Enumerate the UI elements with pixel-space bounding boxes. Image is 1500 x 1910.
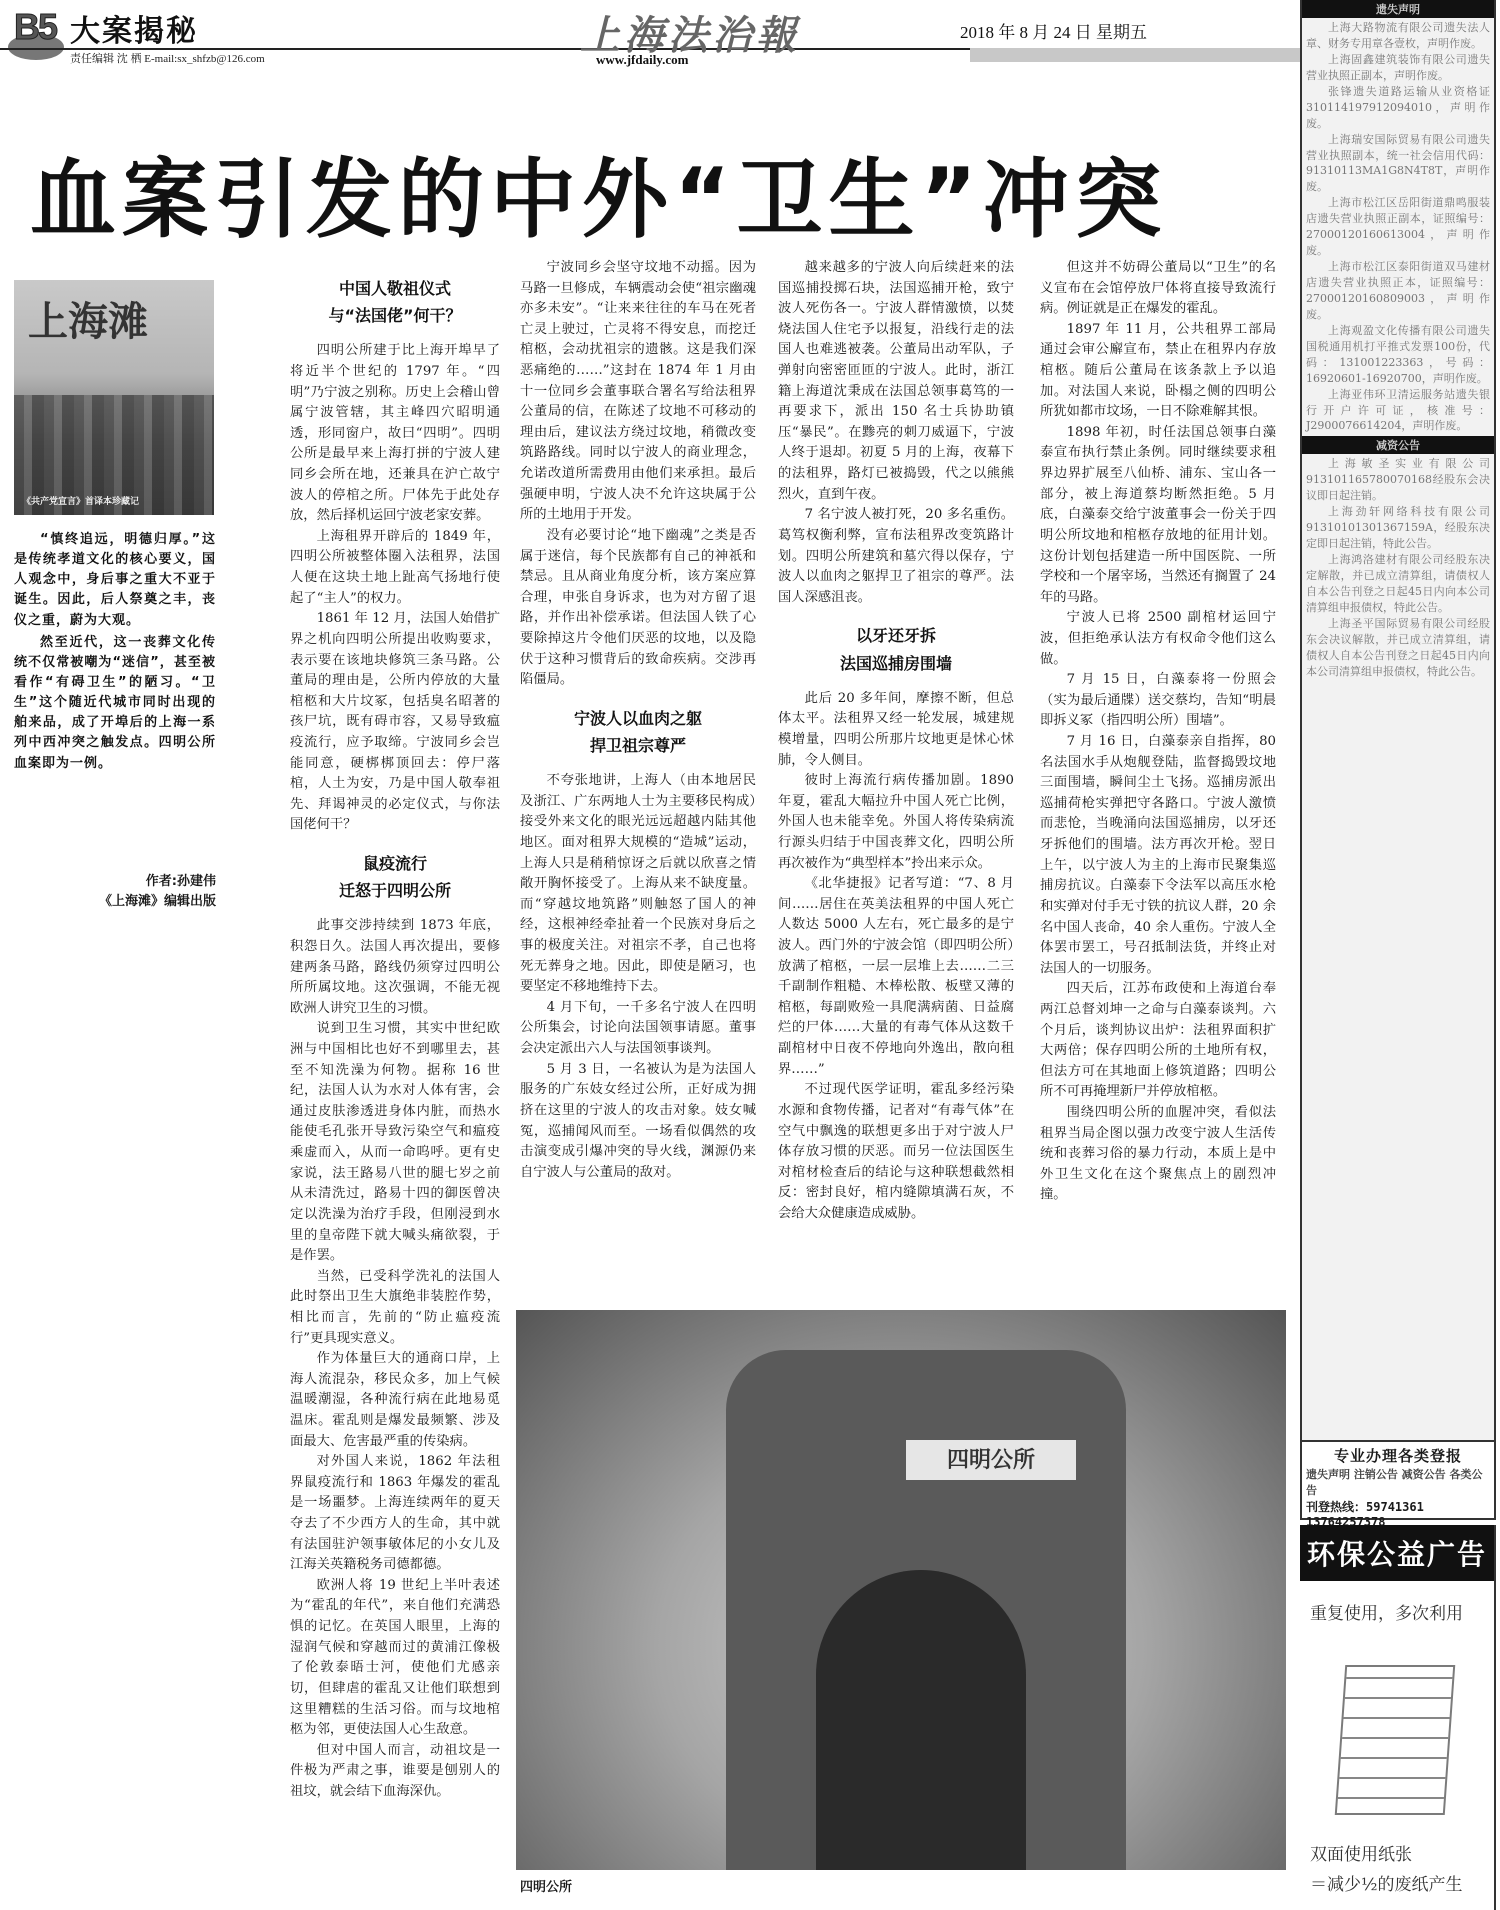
author: 作者:孙建伟: [14, 872, 216, 892]
newspaper-url[interactable]: www.jfdaily.com: [596, 52, 688, 68]
classified-item: 上海瑞安国际贸易有限公司遗失营业执照副本，统一社会信用代码：91310113MA…: [1306, 132, 1490, 196]
article-column-2: 宁波同乡会坚守坟地不动摇。因为马路一旦修成，车辆震动会使“祖宗幽魂亦多未安”。“…: [520, 258, 756, 1183]
magazine-title: 上海滩: [28, 290, 148, 347]
gate-doorway: [816, 1570, 1026, 1870]
paragraph: 4 月下旬，一千多名宁波人在四明公所集会，讨论向法国领事请愿。董事会决定派出六人…: [520, 998, 756, 1060]
paragraph: 围绕四明公所的血腥冲突，看似法租界当局企图以强力改变宁波人生活传统和丧葬习俗的暴…: [1040, 1103, 1276, 1206]
paragraph: 宁波同乡会坚守坟地不动摇。因为马路一旦修成，车辆震动会使“祖宗幽魂亦多未安”。“…: [520, 258, 756, 526]
paragraph: 四天后，江苏布政使和上海道台奉两江总督刘坤一之命与白藻泰谈判。六个月后，谈判协议…: [1040, 979, 1276, 1103]
eco-ad-header: 环保公益广告: [1300, 1525, 1494, 1581]
paragraph: 不夸张地讲，上海人（由本地居民及浙江、广东两地人士为主要移民构成）接受外来文化的…: [520, 771, 756, 998]
paragraph: 5 月 3 日，一名被认为是为法国人服务的广东妓女经过公所，正好成为拥挤在这里的…: [520, 1060, 756, 1184]
paragraph: 没有必要讨论“地下幽魂”之类是否属于迷信，每个民族都有自己的神祇和禁忌。且从商业…: [520, 526, 756, 691]
publisher: 《上海滩》编辑出版: [14, 892, 216, 912]
paragraph: 四明公所建于比上海开埠早了将近半个世纪的 1797 年。“四明”乃宁波之别称。历…: [290, 341, 500, 526]
paragraph: 上海租界开辟后的 1849 年，四明公所被整体圈入法租界，法国人便在这块土地上趾…: [290, 527, 500, 609]
paragraph: 此后 20 多年间，摩擦不断，但总体太平。法租界又经一轮发展，城建规模增量，四明…: [778, 689, 1014, 771]
intro-paragraph: 然至近代，这一丧葬文化传统不仅常被嘲为“迷信”，甚至被看作“有碍卫生”的陋习。“…: [14, 633, 216, 774]
magazine-cover-image: 上海滩 《共产党宣言》首译本珍藏记: [14, 280, 214, 515]
classifieds-list: 上海敏圣实业有限公司913101165780070168经股东会决议即日起注销。…: [1302, 454, 1494, 681]
paragraph: 彼时上海流行病传播加剧。1890 年夏，霍乱大幅拉升中国人死亡比例，外国人也未能…: [778, 771, 1014, 874]
intro-paragraph: “慎终追远，明德归厚。”这是传统孝道文化的核心要义，国人观念中，身后事之重大不亚…: [14, 530, 216, 631]
paragraph: 此事交涉持续到 1873 年底，积怨日久。法国人再次提出，要修建两条马路，路线仍…: [290, 916, 500, 1019]
eco-ad-line: 双面使用纸张: [1300, 1840, 1422, 1865]
classified-item: 上海鸿洛建材有限公司经股东决定解散，并已成立清算组，请债权人自本公告刊登之日起4…: [1306, 552, 1490, 616]
paragraph: 对外国人来说，1862 年法租界鼠疫流行和 1863 年爆发的霍乱是一场噩梦。上…: [290, 1452, 500, 1576]
paragraph: 7 月 15 日，白藻泰将一份照会（实为最后通牒）送交蔡均，告知“明晨即拆义冢（…: [1040, 670, 1276, 732]
paragraph: 7 名宁波人被打死，20 多名重伤。葛笃权衡利弊，宣布法租界改变筑路计划。四明公…: [778, 505, 1014, 608]
classifieds-column: 遗失声明 上海大路物流有限公司遗失法人章、财务专用章各壹枚，声明作废。 上海固鑫…: [1300, 0, 1496, 1440]
paragraph: 1898 年初，时任法国总领事白藻泰宣布执行禁止条例。同时继续要求租界边界扩展至…: [1040, 423, 1276, 608]
paragraph: 《北华捷报》记者写道：“7、8 月间……居住在英美法租界的中国人死亡人数达 50…: [778, 874, 1014, 1080]
cover-caption: 《共产党宣言》首译本珍藏记: [22, 494, 139, 507]
classified-item: 上海观盈文化传播有限公司遗失国税通用机打平推式发票100份，代码：1310012…: [1306, 323, 1490, 387]
ad-service-promo: 专业办理各类登报 遗失声明 注销公告 减资公告 各类公告 刊登热线：597413…: [1300, 1440, 1496, 1520]
byline: 作者:孙建伟 《上海滩》编辑出版: [14, 872, 216, 911]
classified-item: 上海劲轩网络科技有限公司91310101301367159A，经股东决定即日起注…: [1306, 504, 1490, 552]
article-column-4: 但这并不妨碍公董局以“卫生”的名义宣布在会馆停放尸体将直接导致流行病。例证就是正…: [1040, 258, 1276, 1206]
classified-item: 上海亚伟环卫清运服务站遗失银行开户许可证，核准号：J2900076614204，…: [1306, 387, 1490, 435]
classified-item: 上海圣平国际贸易有限公司经股东会决议解散，并已成立清算组，请债权人自本公告刊登之…: [1306, 616, 1490, 680]
paragraph: 7 月 16 日，白藻泰亲自指挥，80 名法国水手从炮舰登陆，监督捣毁坟地三面围…: [1040, 732, 1276, 979]
paragraph: 但对中国人而言，动祖坟是一件极为严肃之事，谁要是刨别人的祖坟，就会结下血海深仇。: [290, 1741, 500, 1803]
gate-plaque: 四明公所: [906, 1440, 1076, 1480]
classified-item: 张锋遗失道路运输从业资格证310114197912094010，声明作废。: [1306, 84, 1490, 132]
paragraph: 越来越多的宁波人向后续赶来的法国巡捕投掷石块，法国巡捕开枪，致宁波人死伤各一。宁…: [778, 258, 1014, 505]
hotline-number[interactable]: 59741361: [1366, 1500, 1424, 1514]
paragraph: 说到卫生习惯，其实中世纪欧洲与中国相比也好不到哪里去，甚至不知洗澡为何物。据称 …: [290, 1019, 500, 1266]
paragraph: 但这并不妨碍公董局以“卫生”的名义宣布在会馆停放尸体将直接导致流行病。例证就是正…: [1040, 258, 1276, 320]
classifieds-list: 上海大路物流有限公司遗失法人章、财务专用章各壹枚，声明作废。 上海固鑫建筑装饰有…: [1302, 18, 1494, 436]
article-column-3: 越来越多的宁波人向后续赶来的法国巡捕投掷石块，法国巡捕开枪，致宁波人死伤各一。宁…: [778, 258, 1014, 1225]
promo-title: 专业办理各类登报: [1306, 1445, 1490, 1466]
paragraph: 当然，已受科学洗礼的法国人此时祭出卫生大旗绝非装腔作势，相比而言，先前的“防止瘟…: [290, 1267, 500, 1349]
paragraph: 宁波人已将 2500 副棺材运回宁波，但拒绝承认法方有权命令他们这么做。: [1040, 608, 1276, 670]
promo-services: 遗失声明 注销公告 减资公告 各类公告: [1306, 1466, 1490, 1498]
paragraph: 不过现代医学证明，霍乱多经污染水源和食物传播，记者对“有毒气体”在空气中飘逸的联…: [778, 1080, 1014, 1224]
paragraph: 欧洲人将 19 世纪上半叶表述为“霍乱的年代”，来自他们充满恐惧的记忆。在英国人…: [290, 1576, 500, 1741]
section-subhead: 中国人敬祖仪式 与“法国佬”何干？: [290, 275, 500, 329]
editor-line: 责任编辑 沈 栖 E-mail:sx_shfzb@126.com: [70, 50, 265, 66]
eco-ad-line: ＝减少½的废纸产生: [1300, 1870, 1472, 1895]
section-subhead: 以牙还牙拆 法国巡捕房围墙: [778, 622, 1014, 676]
section-title: 大案揭秘: [70, 6, 198, 50]
classified-item: 上海敏圣实业有限公司913101165780070168经股东会决议即日起注销。: [1306, 456, 1490, 504]
classified-item: 上海大路物流有限公司遗失法人章、财务专用章各壹枚，声明作废。: [1306, 20, 1490, 52]
eco-public-ad: 环保公益广告 重复使用，多次利用 双面使用纸张 ＝减少½的废纸产生: [1300, 1525, 1496, 1910]
eco-ad-slogan: 重复使用，多次利用: [1300, 1599, 1494, 1624]
classified-item: 上海市松江区泰阳街道双马建材店遗失营业执照正本，证照编号：27000120160…: [1306, 259, 1490, 323]
section-subhead: 宁波人以血肉之躯 捍卫祖宗尊严: [520, 705, 756, 759]
classifieds-header: 减资公告: [1302, 436, 1494, 454]
paragraph: 1861 年 12 月，法国人始借扩界之机向四明公所提出收购要求，表示要在该地块…: [290, 609, 500, 836]
classified-item: 上海市松江区岳阳街道鼎鸣服装店遗失营业执照正副本，证照编号：2700012016…: [1306, 195, 1490, 259]
paper-sheet-icon: [1335, 1665, 1455, 1815]
header-gray-bar: [970, 48, 1300, 62]
article-intro: “慎终追远，明德归厚。”这是传统孝道文化的核心要义，国人观念中，身后事之重大不亚…: [14, 530, 216, 776]
paragraph: 作为体量巨大的通商口岸，上海人流混杂，移民众多，加上气候温暖潮湿，各种流行病在此…: [290, 1349, 500, 1452]
article-column-1: 中国人敬祖仪式 与“法国佬”何干？ 四明公所建于比上海开埠早了将近半个世纪的 1…: [290, 275, 500, 1803]
promo-hotline: 刊登热线：59741361: [1306, 1498, 1490, 1515]
page-number-badge: B5: [8, 6, 64, 60]
article-headline: 血案引发的中外“卫生”冲突: [30, 130, 1167, 254]
section-subhead: 鼠疫流行 迁怒于四明公所: [290, 850, 500, 904]
paragraph: 1897 年 11 月，公共租界工部局通过会审公廨宣布，禁止在租界内存放棺柩。随…: [1040, 320, 1276, 423]
classified-item: 上海固鑫建筑装饰有限公司遗失营业执照正副本，声明作废。: [1306, 52, 1490, 84]
page-number: B5: [14, 6, 56, 48]
classifieds-header: 遗失声明: [1302, 0, 1494, 18]
issue-date: 2018 年 8 月 24 日 星期五: [960, 18, 1147, 43]
siming-gongsuo-photo: 四明公所: [516, 1310, 1286, 1870]
photo-caption: 四明公所: [520, 1876, 572, 1895]
